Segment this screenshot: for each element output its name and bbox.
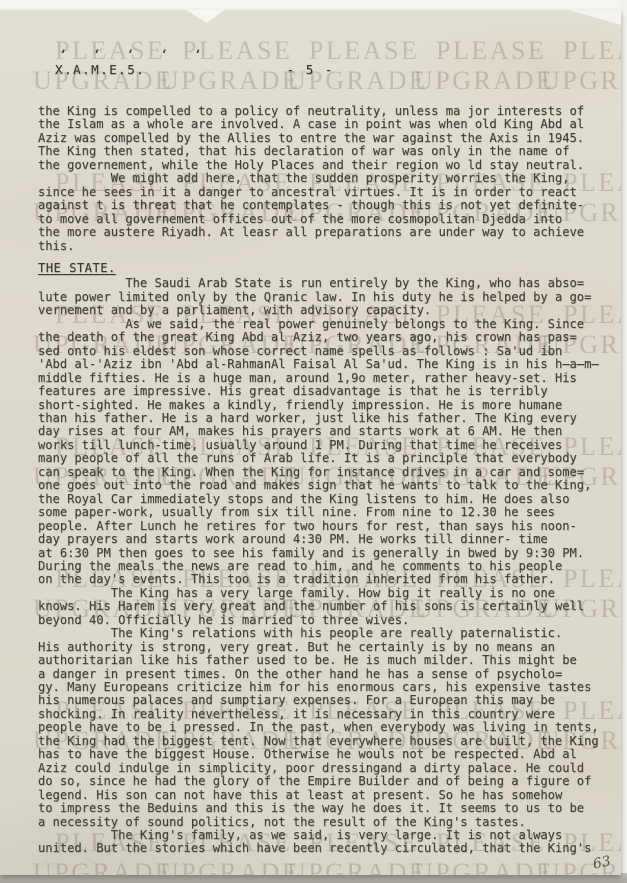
text-line: the Islam as a whole are involved. A cas… [38,118,621,131]
text-line: features are impressive. His great disad… [38,385,621,398]
text-line: shocking. In reality nevertheless, it is… [38,708,621,721]
text-line: day rises at four AM, makes his prayers … [38,425,621,438]
text-line: legend. His son can not have this at lea… [38,789,621,802]
text-line: to move all governement offices out of t… [38,213,621,226]
section-heading: THE STATE. [38,262,621,275]
text-line: 'Abd al-'Aziz ibn 'Abd al-RahmanAl Faisa… [38,358,621,371]
watermark-word: UPGRADE [414,858,554,875]
text-line: a necessity of sound politics, not the r… [38,816,621,829]
text-line: The King's family, as we said, is very l… [38,829,621,842]
text-line: his numerous palaces and sumptiary expen… [38,694,621,707]
text-line: His authority is strong, very great. But… [38,641,621,654]
text-line: As we said, the real power genuinely bel… [38,318,621,331]
text-line: beyond 40. Officially he is married to t… [38,614,621,627]
text-line: than his father. He is a hard worker, ju… [38,412,621,425]
text-line: We might add here, that the sudden prosp… [38,172,621,185]
text-line: sed onto his eldest son whose correct na… [38,345,621,358]
text-line: vernement and by a parliament, with advi… [38,304,621,317]
watermark-word: UPGRADE [160,858,300,875]
text-line: the governement, while the Holy Places a… [38,159,621,172]
text-line: at 6:30 PM then goes to see his family a… [38,547,621,560]
scanned-page: PLEASEUPGRADEPLEASEUPGRADEPLEASEUPGRADEP… [0,0,627,883]
watermark-word: UPGRADE [287,858,427,875]
text-line: to impress the Beduins and this is the w… [38,802,621,815]
text-line: Aziz could indulge in simplicity, poor d… [38,762,621,775]
text-line: do so, since he had the glory of the Emp… [38,775,621,788]
text-line: against t is threat that he contemplates… [38,199,621,212]
text-line: united. But the stories which have been … [38,842,621,855]
text-line: day prayers and starts work around 4:30 … [38,533,621,546]
text-line: The King's relations with his people are… [38,627,621,640]
watermark-word: UPGRADE [33,858,173,875]
text-line: lute power limited only by the Qranic la… [38,291,621,304]
scan-right-edge [620,0,627,883]
text-body: the King is compelled to a policy of neu… [38,105,621,856]
text-line: works till lunch-time, usually around 1 … [38,439,621,452]
text-line: people have to be i pressed. In the past… [38,721,621,734]
text-line: short-sighted. He makes a kindly, friend… [38,399,621,412]
text-line: During the meals the news are read to hi… [38,560,621,573]
text-line: the death of the great King Abd al Aziz,… [38,331,621,344]
text-line: The Saudi Arab State is run entirely by … [38,277,621,290]
text-line: the King is compelled to a policy of neu… [38,105,621,118]
text-line: one goes out into the road and makes sig… [38,479,621,492]
text-line: many people of all the runs of Arab life… [38,452,621,465]
overtype-tick-marks: ' ' ' ' ' [56,48,212,63]
text-line: on the day's events. This too is a tradi… [38,573,621,586]
page-number: - 5 - [0,62,621,77]
text-line: The King has a very large family. How bi… [38,587,621,600]
text-line: The King then stated, that his declarati… [38,145,621,158]
text-line: middle fifties. He is a huge man, around… [38,372,621,385]
text-line: gy. Many Europeans criticize him for his… [38,681,621,694]
text-line: can speak to the King. When the King for… [38,466,621,479]
text-line: some paper-work, usually from six till n… [38,506,621,519]
paper-sheet: PLEASEUPGRADEPLEASEUPGRADEPLEASEUPGRADEP… [0,10,621,875]
text-line: the King had the biggest tent. Now that … [38,735,621,748]
text-line: the more austere Riyadh. At leasr all pr… [38,226,621,239]
text-line: this. [38,240,621,253]
text-line: Aziz was compelled by the Allies to entr… [38,132,621,145]
text-line: authoritarian like his father used to be… [38,654,621,667]
text-line: has to have the biggest House. Otherwise… [38,748,621,761]
handwritten-number: 63 [592,853,613,872]
text-line: the Royal Car immediately stops and the … [38,493,621,506]
text-line: knows. His Harem is very great and the n… [38,600,621,613]
text-line: since he sees in it a danger to ancestra… [38,186,621,199]
text-line: people. After Lunch he retires for two h… [38,520,621,533]
text-line: a danger in present times. On the other … [38,668,621,681]
